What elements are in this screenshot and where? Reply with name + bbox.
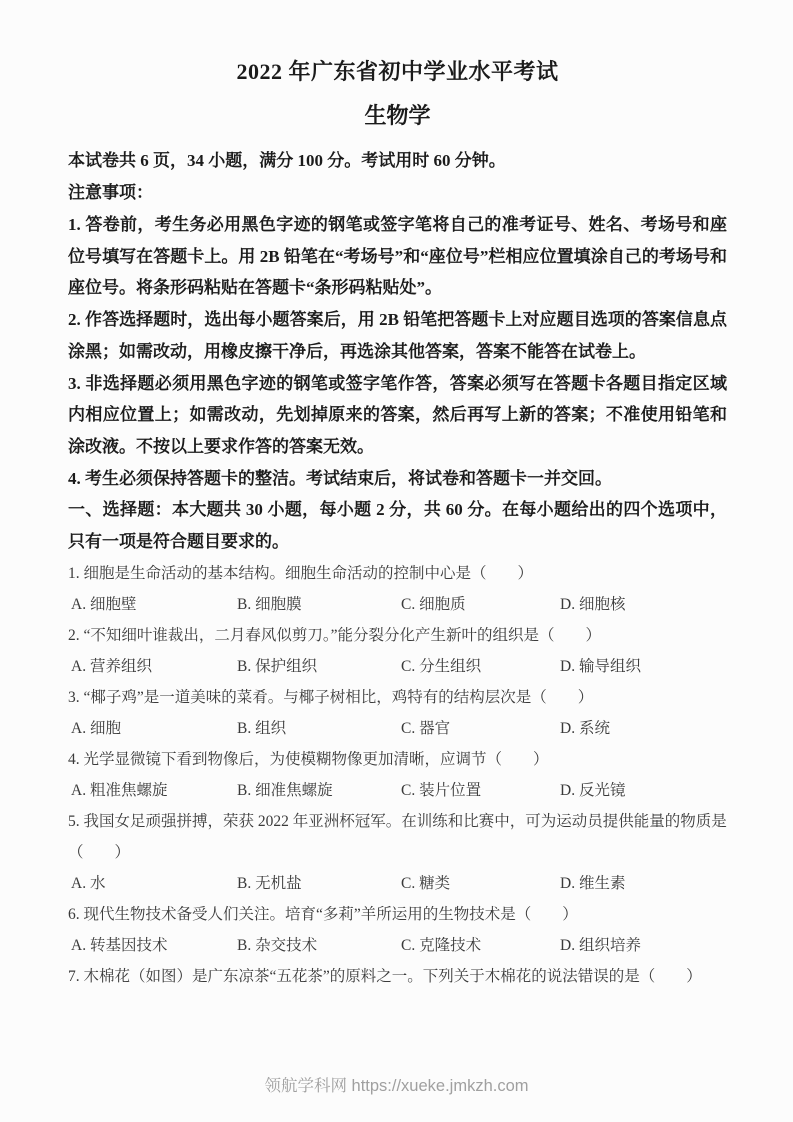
page-title: 2022 年广东省初中学业水平考试 xyxy=(68,56,727,88)
paper-info: 本试卷共 6 页，34 小题，满分 100 分。考试用时 60 分钟。 xyxy=(68,145,727,177)
question-4-option-b: B. 细准焦螺旋 xyxy=(237,775,401,806)
question-5: 5. 我国女足顽强拼搏，荣获 2022 年亚洲杯冠军。在训练和比赛中，可为运动员… xyxy=(68,806,727,899)
question-6-option-c: C. 克隆技术 xyxy=(401,930,560,961)
question-1-option-c: C. 细胞质 xyxy=(401,589,560,620)
question-5-option-b: B. 无机盐 xyxy=(237,868,401,899)
question-5-text: 5. 我国女足顽强拼搏，荣获 2022 年亚洲杯冠军。在训练和比赛中，可为运动员… xyxy=(68,806,727,868)
question-2-option-d: D. 输导组织 xyxy=(560,651,727,682)
question-7: 7. 木棉花（如图）是广东凉茶“五花茶”的原料之一。下列关于木棉花的说法错误的是… xyxy=(68,961,727,992)
question-3-options: A. 细胞 B. 组织 C. 器官 D. 系统 xyxy=(68,713,727,744)
question-6-option-a: A. 转基因技术 xyxy=(71,930,237,961)
question-1-text: 1. 细胞是生命活动的基本结构。细胞生命活动的控制中心是（ ） xyxy=(68,558,727,589)
section-heading: 一、选择题：本大题共 30 小题，每小题 2 分，共 60 分。在每小题给出的四… xyxy=(68,494,727,557)
question-2-text: 2. “不知细叶谁裁出，二月春风似剪刀。”能分裂分化产生新叶的组织是（ ） xyxy=(68,620,727,651)
question-4-text: 4. 光学显微镜下看到物像后，为使模糊物像更加清晰，应调节（ ） xyxy=(68,744,727,775)
question-6-option-b: B. 杂交技术 xyxy=(237,930,401,961)
question-4-option-d: D. 反光镜 xyxy=(560,775,727,806)
question-5-options: A. 水 B. 无机盐 C. 糖类 D. 维生素 xyxy=(68,868,727,899)
question-1-option-a: A. 细胞壁 xyxy=(71,589,237,620)
question-7-text: 7. 木棉花（如图）是广东凉茶“五花茶”的原料之一。下列关于木棉花的说法错误的是… xyxy=(68,961,727,992)
question-6-option-d: D. 组织培养 xyxy=(560,930,727,961)
question-1-option-d: D. 细胞核 xyxy=(560,589,727,620)
question-3-option-d: D. 系统 xyxy=(560,713,727,744)
question-2-option-c: C. 分生组织 xyxy=(401,651,560,682)
question-3-text: 3. “椰子鸡”是一道美味的菜肴。与椰子树相比，鸡特有的结构层次是（ ） xyxy=(68,682,727,713)
question-3-option-c: C. 器官 xyxy=(401,713,560,744)
question-4-options: A. 粗准焦螺旋 B. 细准焦螺旋 C. 装片位置 D. 反光镜 xyxy=(68,775,727,806)
question-4: 4. 光学显微镜下看到物像后，为使模糊物像更加清晰，应调节（ ） A. 粗准焦螺… xyxy=(68,744,727,806)
question-2-option-a: A. 营养组织 xyxy=(71,651,237,682)
note-1: 1. 答卷前，考生务必用黑色字迹的钢笔或签字笔将自己的准考证号、姓名、考场号和座… xyxy=(68,209,727,304)
question-5-option-c: C. 糖类 xyxy=(401,868,560,899)
question-5-option-d: D. 维生素 xyxy=(560,868,727,899)
note-4: 4. 考生必须保持答题卡的整洁。考试结束后，将试卷和答题卡一并交回。 xyxy=(68,463,727,495)
question-3: 3. “椰子鸡”是一道美味的菜肴。与椰子树相比，鸡特有的结构层次是（ ） A. … xyxy=(68,682,727,744)
question-6: 6. 现代生物技术备受人们关注。培育“多莉”羊所运用的生物技术是（ ） A. 转… xyxy=(68,899,727,961)
question-5-option-a: A. 水 xyxy=(71,868,237,899)
exam-paper-page: 2022 年广东省初中学业水平考试 生物学 本试卷共 6 页，34 小题，满分 … xyxy=(0,0,793,1122)
watermark-footer: 领航学科网 https://xueke.jmkzh.com xyxy=(0,1072,793,1096)
question-6-text: 6. 现代生物技术备受人们关注。培育“多莉”羊所运用的生物技术是（ ） xyxy=(68,899,727,930)
note-2: 2. 作答选择题时，选出每小题答案后，用 2B 铅笔把答题卡上对应题目选项的答案… xyxy=(68,304,727,367)
notes-heading: 注意事项： xyxy=(68,177,727,209)
note-3: 3. 非选择题必须用黑色字迹的钢笔或签字笔作答，答案必须写在答题卡各题目指定区域… xyxy=(68,368,727,463)
question-2-option-b: B. 保护组织 xyxy=(237,651,401,682)
question-1: 1. 细胞是生命活动的基本结构。细胞生命活动的控制中心是（ ） A. 细胞壁 B… xyxy=(68,558,727,620)
question-6-options: A. 转基因技术 B. 杂交技术 C. 克隆技术 D. 组织培养 xyxy=(68,930,727,961)
question-3-option-a: A. 细胞 xyxy=(71,713,237,744)
question-1-option-b: B. 细胞膜 xyxy=(237,589,401,620)
question-2-options: A. 营养组织 B. 保护组织 C. 分生组织 D. 输导组织 xyxy=(68,651,727,682)
question-4-option-c: C. 装片位置 xyxy=(401,775,560,806)
question-2: 2. “不知细叶谁裁出，二月春风似剪刀。”能分裂分化产生新叶的组织是（ ） A.… xyxy=(68,620,727,682)
question-3-option-b: B. 组织 xyxy=(237,713,401,744)
subject-title: 生物学 xyxy=(68,100,727,132)
question-4-option-a: A. 粗准焦螺旋 xyxy=(71,775,237,806)
question-1-options: A. 细胞壁 B. 细胞膜 C. 细胞质 D. 细胞核 xyxy=(68,589,727,620)
